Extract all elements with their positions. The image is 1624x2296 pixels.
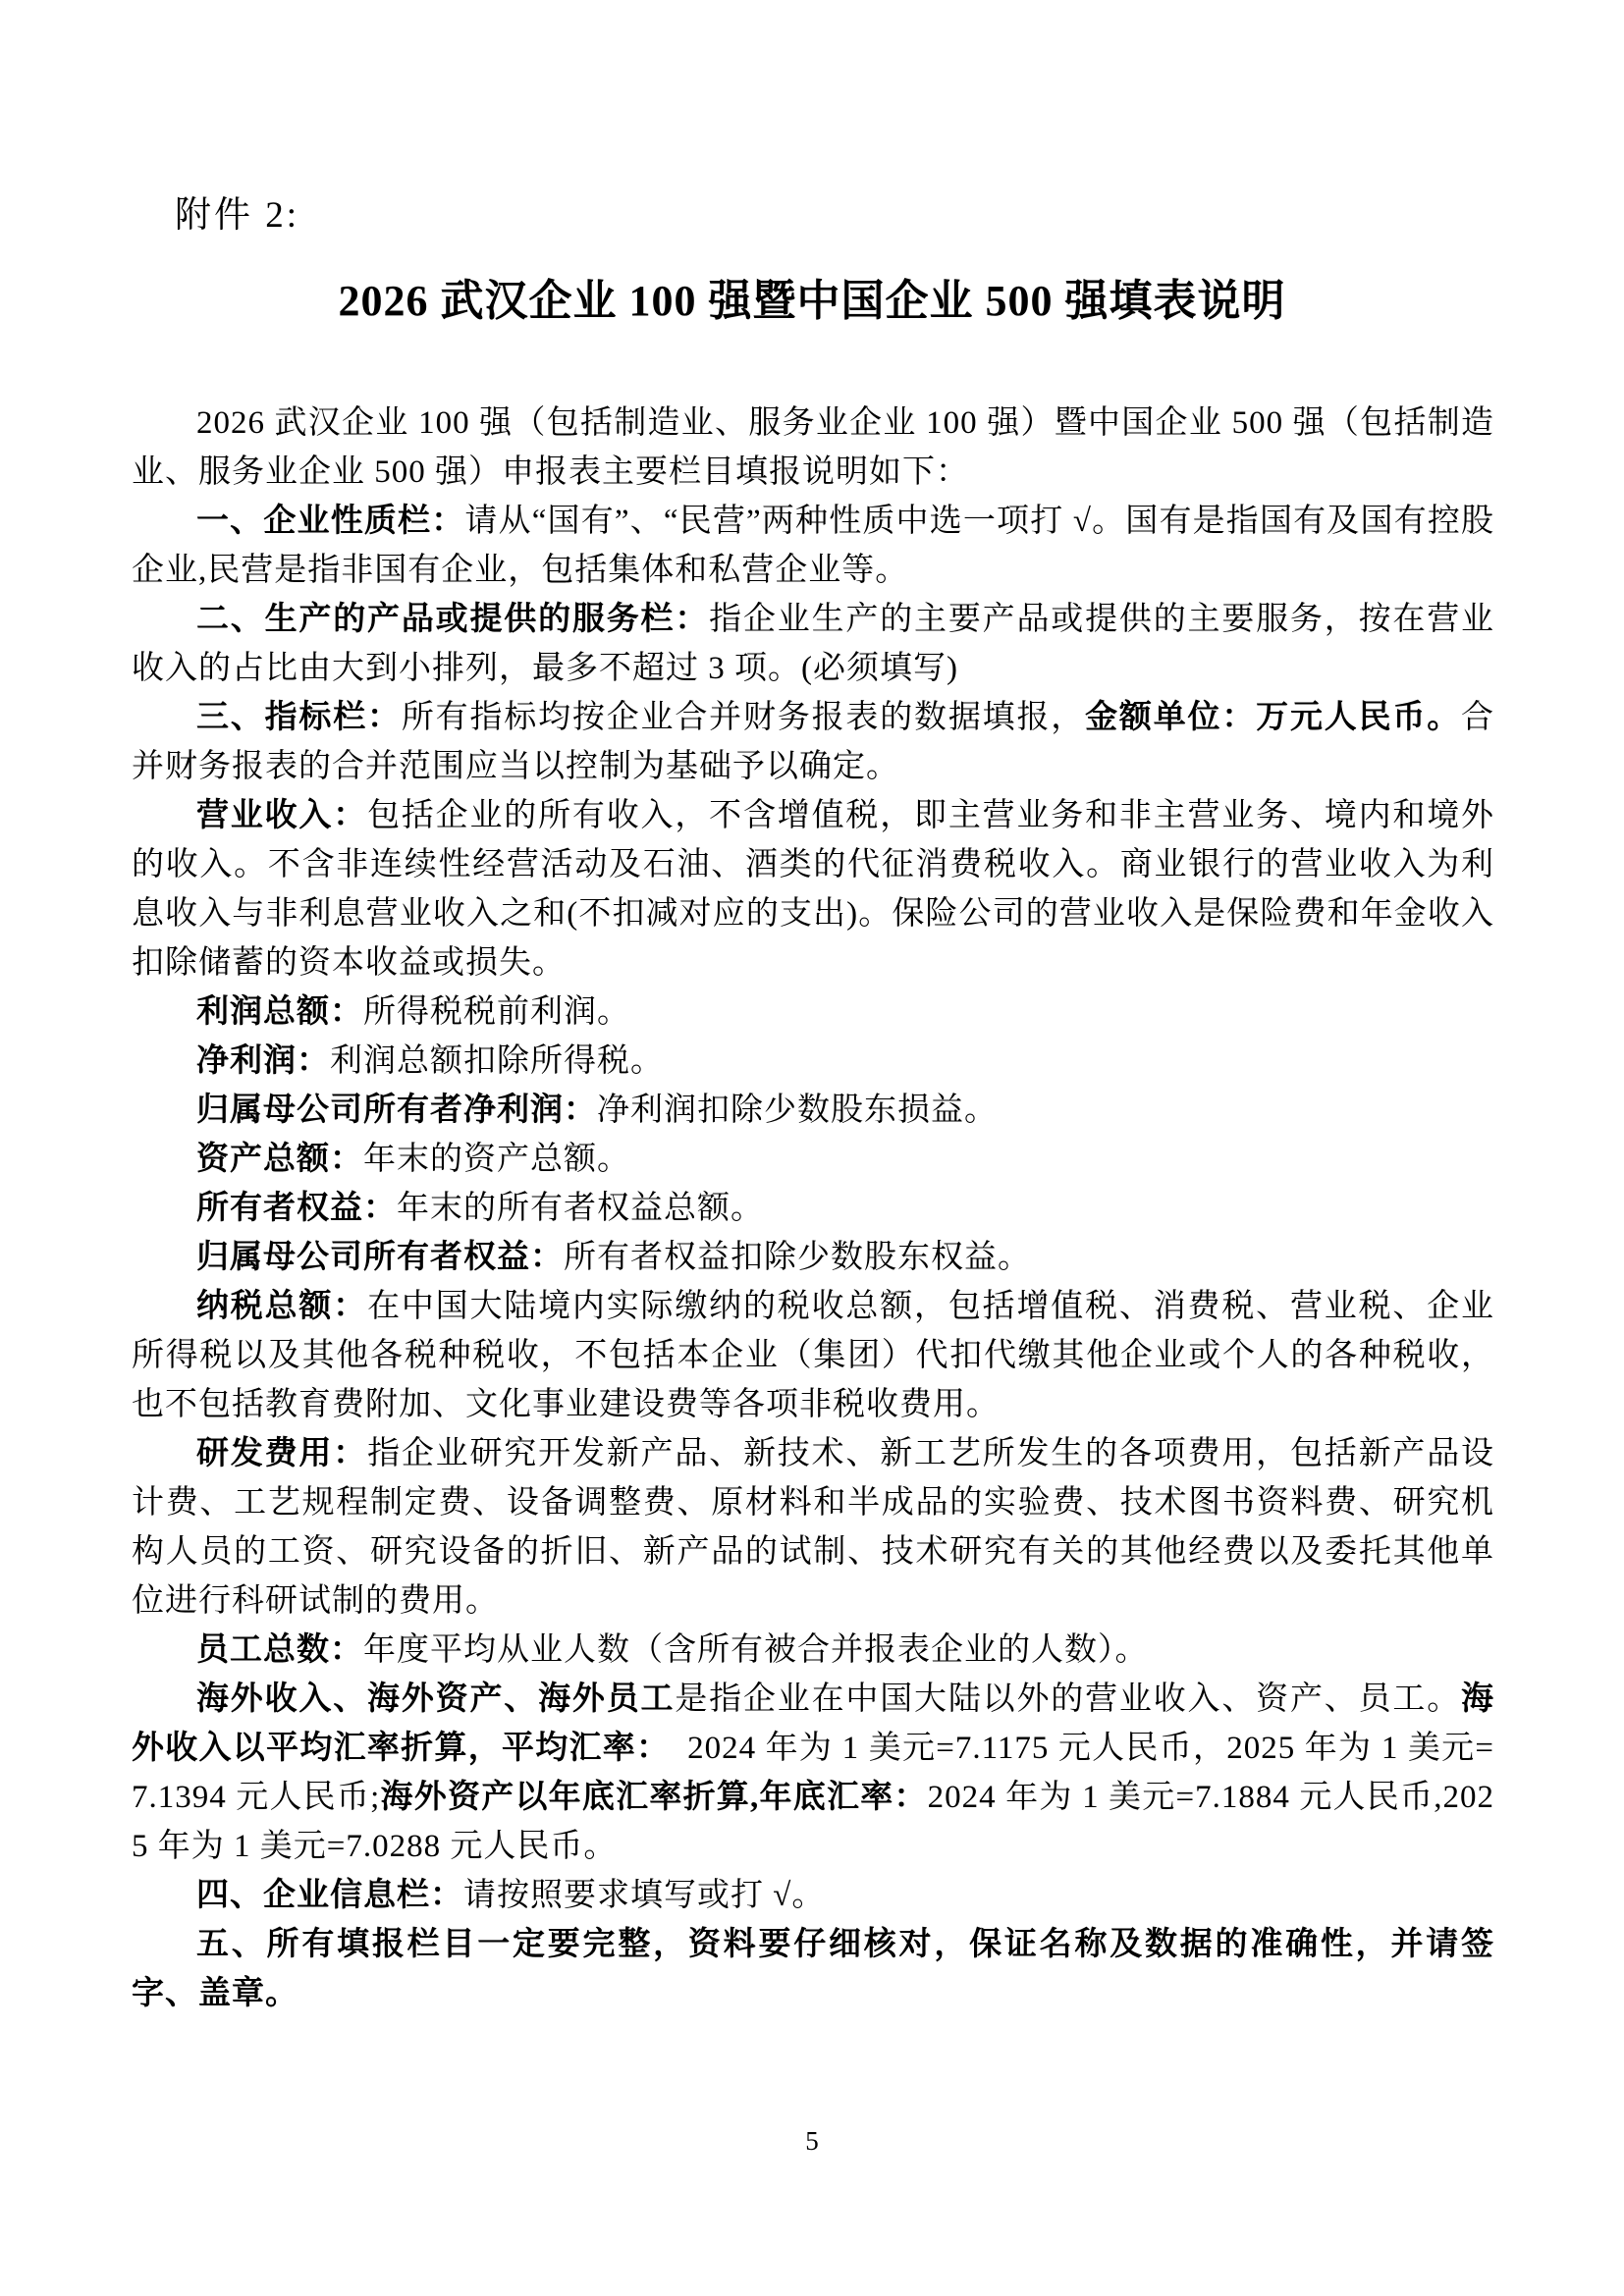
paragraph-label: 归属母公司所有者权益： bbox=[196, 1240, 564, 1275]
paragraph: 三、指标栏：所有指标均按企业合并财务报表的数据填报，金额单位：万元人民币。合并财… bbox=[132, 693, 1494, 791]
paragraph: 净利润：利润总额扣除所得税。 bbox=[132, 1037, 1494, 1086]
document-body: 2026 武汉企业 100 强（包括制造业、服务业企业 100 强）暨中国企业 … bbox=[132, 399, 1494, 2018]
paragraph-text: 2026 武汉企业 100 强（包括制造业、服务业企业 100 强）暨中国企业 … bbox=[132, 405, 1494, 490]
paragraph: 所有者权益：年末的所有者权益总额。 bbox=[132, 1184, 1494, 1233]
page-title: 2026 武汉企业 100 强暨中国企业 500 强填表说明 bbox=[0, 265, 1624, 328]
paragraph-text: 所有指标均按企业合并财务报表的数据填报， bbox=[402, 700, 1085, 735]
paragraph: 一、企业性质栏：请从“国有”、“民营”两种性质中选一项打 √。国有是指国有及国有… bbox=[132, 497, 1494, 595]
paragraph-label: 海外收入、海外资产、海外员工 bbox=[196, 1682, 675, 1717]
paragraph: 二、生产的产品或提供的服务栏：指企业生产的主要产品或提供的主要服务，按在营业收入… bbox=[132, 595, 1494, 693]
paragraph-text: 年度平均从业人数（含所有被合并报表企业的人数）。 bbox=[363, 1632, 1149, 1668]
document-page: 附件 2: 2026 武汉企业 100 强暨中国企业 500 强填表说明 202… bbox=[0, 0, 1624, 2296]
paragraph: 四、企业信息栏：请按照要求填写或打 √。 bbox=[132, 1871, 1494, 1920]
paragraph-text: 请按照要求填写或打 √。 bbox=[463, 1878, 825, 1913]
paragraph-text: 年末的所有者权益总额。 bbox=[397, 1191, 764, 1226]
paragraph-text: 是指企业在中国大陆以外的营业收入、资产、员工。 bbox=[675, 1682, 1461, 1717]
paragraph-label: 利润总额： bbox=[196, 994, 363, 1030]
attachment-label: 附件 2: bbox=[175, 185, 299, 238]
paragraph-text: 所得税税前利润。 bbox=[363, 994, 630, 1030]
paragraph: 员工总数：年度平均从业人数（含所有被合并报表企业的人数）。 bbox=[132, 1626, 1494, 1675]
paragraph-label: 纳税总额： bbox=[196, 1289, 367, 1324]
paragraph: 归属母公司所有者权益：所有者权益扣除少数股东权益。 bbox=[132, 1233, 1494, 1282]
paragraph-text: 净利润扣除少数股东损益。 bbox=[597, 1093, 998, 1128]
paragraph: 五、所有填报栏目一定要完整，资料要仔细核对，保证名称及数据的准确性，并请签字、盖… bbox=[132, 1920, 1494, 2018]
paragraph-label: 营业收入： bbox=[196, 798, 367, 833]
paragraph-label: 资产总额： bbox=[196, 1142, 363, 1177]
paragraph-label: 归属母公司所有者净利润： bbox=[196, 1093, 597, 1128]
paragraph-label: 净利润： bbox=[196, 1043, 330, 1079]
paragraph: 利润总额：所得税税前利润。 bbox=[132, 988, 1494, 1037]
paragraph-text: 年末的资产总额。 bbox=[363, 1142, 630, 1177]
paragraph-label: 四、企业信息栏： bbox=[196, 1878, 463, 1913]
paragraph-label: 研发费用： bbox=[196, 1436, 367, 1471]
page-number: 5 bbox=[0, 2126, 1624, 2157]
paragraph: 纳税总额：在中国大陆境内实际缴纳的税收总额，包括增值税、消费税、营业税、企业所得… bbox=[132, 1282, 1494, 1429]
paragraph-label: 一、企业性质栏： bbox=[196, 504, 464, 539]
paragraph-label: 三、指标栏： bbox=[196, 700, 402, 735]
paragraph: 营业收入：包括企业的所有收入，不含增值税，即主营业务和非主营业务、境内和境外的收… bbox=[132, 791, 1494, 988]
paragraph-text: 利润总额扣除所得税。 bbox=[330, 1043, 664, 1079]
paragraph-label: 所有者权益： bbox=[196, 1191, 397, 1226]
paragraph: 2026 武汉企业 100 强（包括制造业、服务业企业 100 强）暨中国企业 … bbox=[132, 399, 1494, 497]
paragraph-label: 海外资产以年底汇率折算,年底汇率： bbox=[380, 1780, 927, 1815]
paragraph: 资产总额：年末的资产总额。 bbox=[132, 1135, 1494, 1184]
paragraph-label: 二、生产的产品或提供的服务栏： bbox=[196, 602, 709, 637]
paragraph-label: 员工总数： bbox=[196, 1632, 363, 1668]
paragraph-label: 金额单位：万元人民币。 bbox=[1085, 700, 1461, 735]
paragraph-label: 五、所有填报栏目一定要完整，资料要仔细核对，保证名称及数据的准确性，并请签字、盖… bbox=[132, 1927, 1494, 2011]
paragraph: 归属母公司所有者净利润：净利润扣除少数股东损益。 bbox=[132, 1086, 1494, 1135]
paragraph-text: 所有者权益扣除少数股东权益。 bbox=[564, 1240, 1031, 1275]
paragraph: 海外收入、海外资产、海外员工是指企业在中国大陆以外的营业收入、资产、员工。海外收… bbox=[132, 1675, 1494, 1871]
paragraph: 研发费用：指企业研究开发新产品、新技术、新工艺所发生的各项费用，包括新产品设计费… bbox=[132, 1429, 1494, 1626]
